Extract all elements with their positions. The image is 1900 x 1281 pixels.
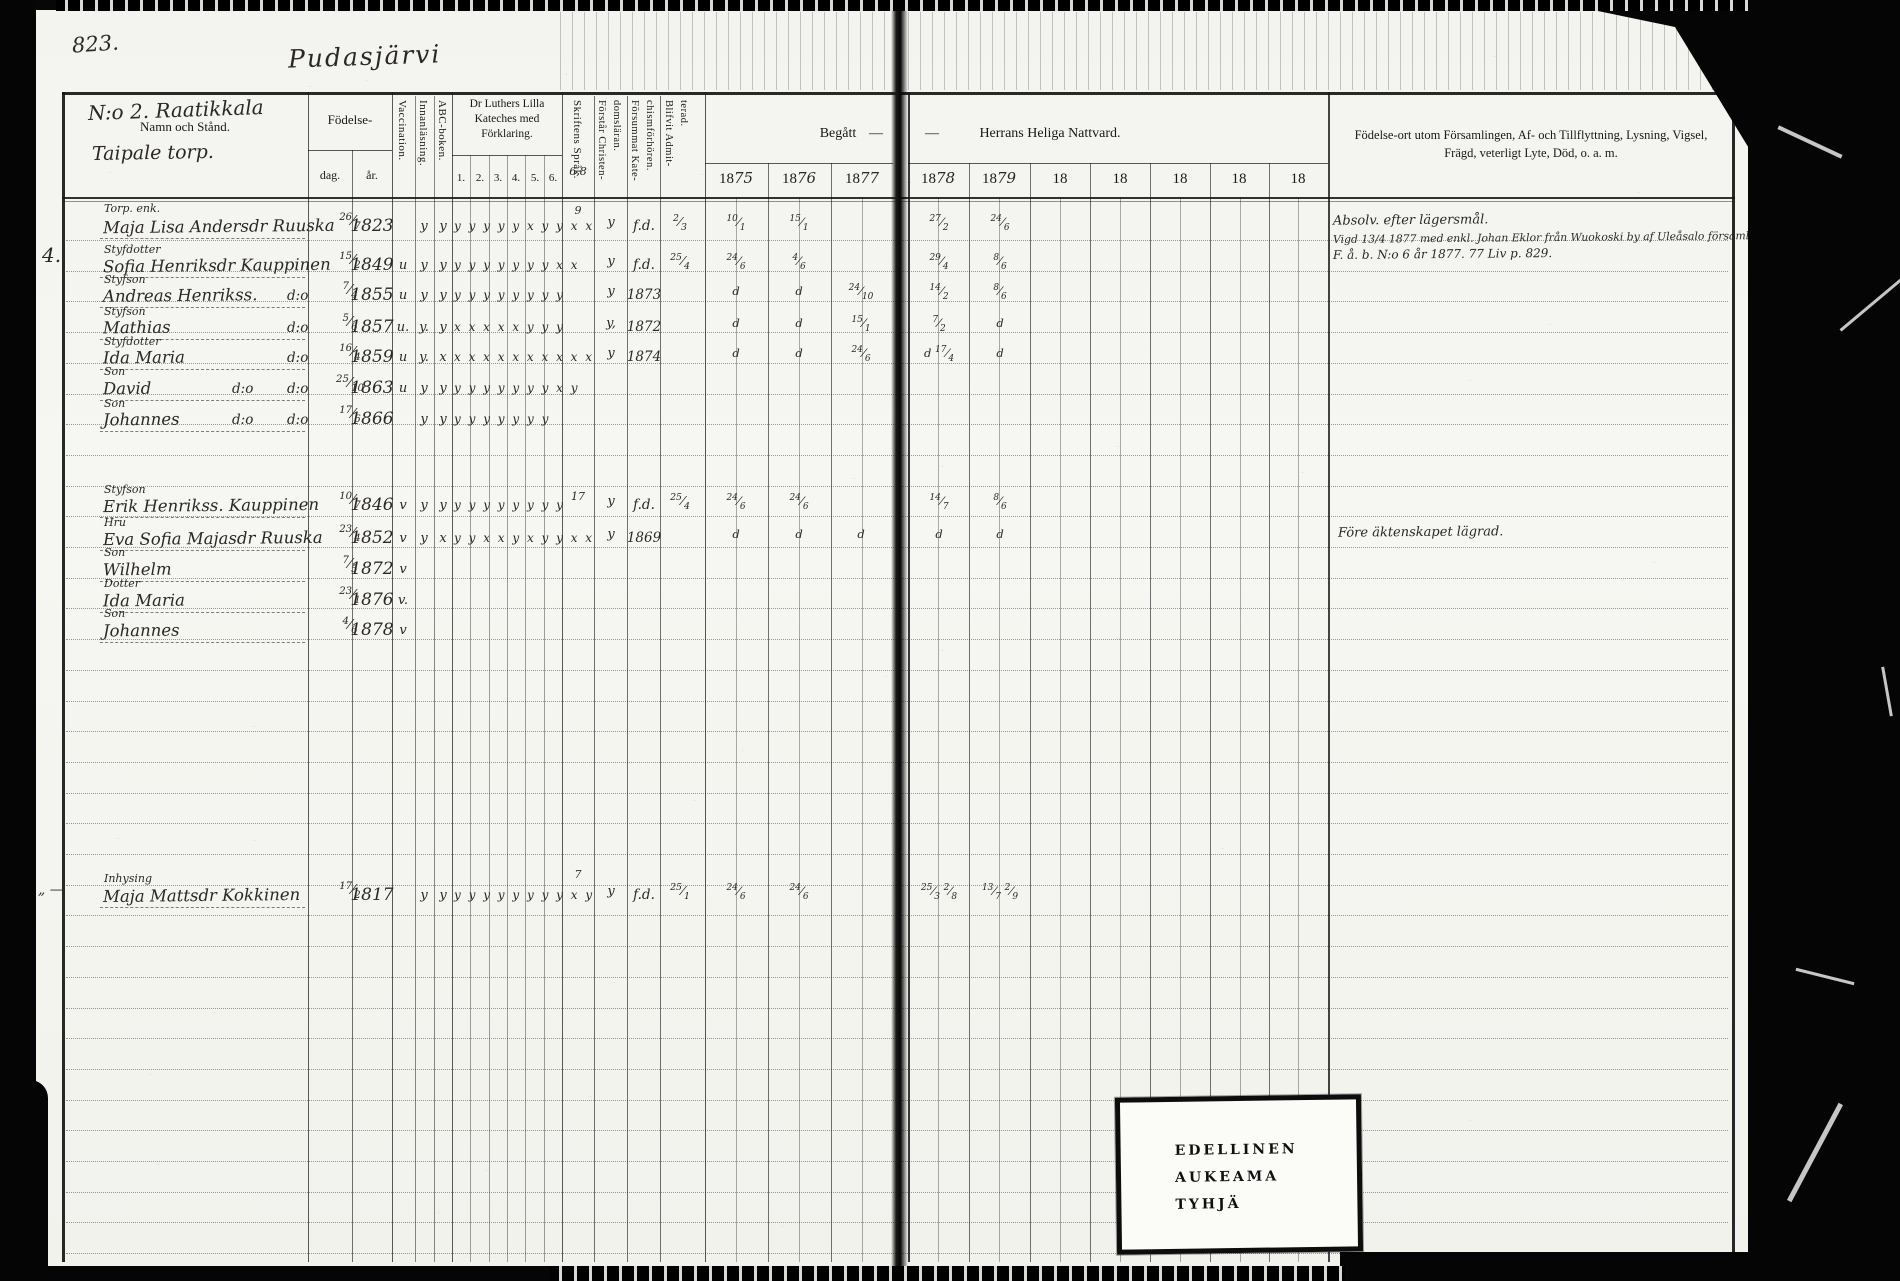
birth-year: 1863 — [350, 378, 394, 398]
abc-mark: y — [434, 288, 452, 303]
row-underline — [100, 642, 305, 643]
paper-speck — [1550, 324, 1551, 325]
reading-mark: y — [415, 381, 433, 396]
paper-speck — [366, 80, 367, 81]
row-ditto: d:o — [232, 412, 253, 428]
film-ticks-top — [56, 0, 1748, 11]
year-printed: 18 — [845, 171, 860, 187]
vaccination-mark: u — [393, 288, 413, 303]
ditto-mark: d — [732, 346, 739, 360]
row-name: Erik Henrikss. Kauppinen — [103, 495, 319, 516]
paper-speck — [438, 1212, 439, 1213]
row-underline — [100, 550, 305, 551]
birth-year: 1855 — [350, 285, 394, 305]
row-underline — [100, 400, 305, 401]
communion-date: 24⁄6 — [706, 884, 766, 898]
admitted-mark: 1872 — [626, 319, 662, 335]
communion-date: 8⁄6 — [970, 284, 1030, 298]
communion-date: 24⁄6 — [706, 254, 766, 268]
year-handwritten: 75 — [734, 169, 753, 187]
understands-mark: y — [598, 215, 624, 230]
row-ditto: d:o — [287, 381, 308, 397]
birth-year: 1849 — [350, 255, 394, 275]
birth-year: 1846 — [350, 495, 394, 515]
paper-speck — [1470, 1120, 1471, 1121]
column-header-vertical: domsläran. — [611, 100, 622, 196]
row-name: Eva Sofia Majasdr Ruuska — [103, 528, 323, 549]
fraction: 2⁄8 — [944, 884, 957, 898]
communion-date: d — [706, 527, 766, 541]
year-cell: 1878 — [908, 169, 968, 188]
fraction: 4⁄6 — [792, 254, 805, 268]
catechism-marks: y y y y y y y y — [454, 288, 569, 302]
paper-speck — [910, 182, 911, 183]
archive-stamp: EDELLINENAUKEAMATYHJÄ — [1115, 1094, 1363, 1254]
year-cell: 1875 — [706, 169, 766, 188]
paper-speck — [942, 650, 943, 651]
scanned-ledger-page: 823. Pudasjärvi N:o 2. Raatikkala Namn o… — [0, 0, 1900, 1281]
communion-date: 8⁄6 — [970, 494, 1030, 508]
understands-mark: y — [598, 494, 624, 509]
column-header-vertical: chismförhören. — [644, 100, 655, 196]
reading-mark: y. — [415, 320, 433, 335]
communion-date: 29⁄4 — [909, 254, 969, 268]
row-ditto: d:o — [287, 320, 308, 336]
catechism-marks: x x x x x y y y — [454, 320, 569, 334]
margin-mark-bottom: „ — — [38, 882, 64, 898]
grid-line-vertical — [1732, 92, 1735, 1262]
row-ditto: d:o — [232, 381, 253, 397]
communion-date: d — [970, 346, 1030, 360]
paper-speck — [1222, 848, 1223, 849]
ditto-mark: d — [924, 346, 935, 360]
grid-line-horizontal — [705, 163, 893, 164]
row-name: Maja Mattsdr Kokkinen — [103, 885, 300, 906]
fraction: 14⁄7 — [929, 494, 948, 508]
row-relation: Son — [104, 607, 125, 620]
grid-line-vertical — [1328, 92, 1330, 1262]
side-note-line: Vigd 13/4 1877 med enkl. Johan Eklor frå… — [1333, 229, 1767, 246]
abc-mark: y — [434, 888, 452, 903]
paper-speck — [118, 838, 119, 839]
paper-speck — [1654, 562, 1655, 563]
year-printed: 18 — [719, 171, 734, 187]
column-header-vertical: Blifvit Admit- — [663, 100, 674, 196]
row-relation: Dotter — [104, 577, 140, 590]
ditto-mark: d — [935, 527, 942, 541]
paper-speck — [886, 676, 887, 677]
column-header-vertical: Vaccination. — [396, 100, 408, 196]
fraction: 24⁄6 — [789, 884, 808, 898]
year-cell: 18 — [1150, 169, 1210, 188]
grid-line-vertical — [452, 92, 453, 1262]
year-printed: 18 — [1232, 171, 1247, 187]
paper-speck — [303, 326, 304, 327]
catechism-subcolumn-number: 1. — [451, 172, 471, 184]
vaccination-mark: u — [393, 381, 413, 396]
row-relation: Son — [104, 365, 125, 378]
vaccination-mark: u. — [393, 320, 413, 335]
reading-mark: y — [415, 498, 433, 513]
year-handwritten: 77 — [860, 169, 879, 187]
paper-speck — [702, 174, 703, 175]
paper-speck — [110, 172, 111, 173]
scan-edge-bottom-right — [1340, 1252, 1750, 1281]
understands-mark: y, — [598, 316, 624, 331]
year-printed: 18 — [1291, 171, 1306, 187]
communion-date: 4⁄6 — [769, 254, 829, 268]
communion-date: 24⁄6 — [831, 346, 891, 360]
column-header-vertical: Försummat Kate- — [629, 100, 640, 196]
reading-mark: y — [415, 888, 433, 903]
paper-speck — [214, 1012, 215, 1013]
abc-mark: y — [434, 498, 452, 513]
archive-stamp-line: TYHJÄ — [1175, 1189, 1357, 1219]
row-relation: Hru — [104, 516, 126, 529]
birth-year: 1852 — [350, 528, 394, 548]
understands-mark: y — [598, 284, 624, 299]
paper-speck — [1470, 380, 1471, 381]
archive-stamp-text: EDELLINENAUKEAMATYHJÄ — [1120, 1099, 1358, 1219]
column-header-vertical: Skriftens Språk. — [571, 100, 583, 196]
year-printed: 18 — [982, 171, 997, 187]
fraction: 25⁄4 — [670, 254, 690, 268]
fraction: 8⁄6 — [993, 494, 1006, 508]
understands-mark: y — [598, 884, 624, 899]
birth-year: 1866 — [350, 409, 394, 429]
catechism-marks: y y y y y y y x y — [454, 381, 569, 395]
ditto-mark: d — [732, 284, 739, 298]
ledger-body: Vaccination.Innanläsning.ABC-boken.Skrif… — [0, 0, 1900, 1281]
paper-speck — [742, 750, 743, 751]
paper-speck — [854, 478, 855, 479]
communion-date: 15⁄1 — [769, 215, 829, 229]
admitted-date: 25⁄4 — [650, 494, 710, 508]
admitted-mark: 1869 — [626, 530, 662, 546]
paper-speck — [350, 250, 351, 251]
row-relation: Styfdotter — [104, 243, 161, 256]
row-underline — [100, 517, 305, 518]
book-fold — [891, 8, 908, 1266]
communion-date: d — [769, 527, 829, 541]
abc-mark: y — [434, 320, 452, 335]
row-underline — [100, 612, 305, 613]
reading-mark: y — [415, 531, 433, 546]
catechism-marks: x x x x x x x x x x — [454, 350, 569, 364]
reading-mark: y — [415, 258, 433, 273]
row-name: Maja Lisa Andersdr Ruuska — [103, 216, 335, 237]
row-name: Johannes — [103, 410, 180, 430]
fraction: 27⁄2 — [929, 215, 948, 229]
reading-mark: y — [415, 219, 433, 234]
vaccination-mark: v — [393, 531, 413, 546]
year-printed: 18 — [921, 171, 936, 187]
communion-date: d — [706, 346, 766, 360]
paper-speck — [1494, 732, 1495, 733]
abc-mark: y — [434, 381, 452, 396]
paper-speck — [694, 800, 695, 801]
reading-mark: y — [415, 288, 433, 303]
vaccination-mark: v. — [393, 593, 413, 608]
abc-mark: y — [434, 258, 452, 273]
row-name: Andreas Henrikss. — [103, 285, 258, 306]
communion-date: d — [706, 316, 766, 330]
scripture-note: 6,8 — [566, 165, 590, 178]
paper-speck — [590, 1096, 591, 1097]
fraction: 2⁄3 — [673, 215, 687, 229]
catechism-header-line: Kateches med — [452, 113, 562, 125]
ditto-mark: d — [857, 527, 864, 541]
catechism-marks: y y y y y x y y x x — [454, 219, 569, 233]
fraction: 24⁄6 — [726, 884, 745, 898]
row-underline — [100, 238, 305, 239]
abc-mark: y — [434, 412, 452, 427]
row-relation: Styfson — [104, 483, 146, 496]
row-relation: Styfson — [104, 305, 146, 318]
fraction: 14⁄2 — [929, 284, 948, 298]
fraction: 2⁄9 — [1005, 884, 1018, 898]
row-name: Johannes — [103, 621, 180, 641]
fraction: 24⁄10 — [849, 284, 874, 298]
ditto-mark: d — [996, 346, 1003, 360]
birth-year: 1878 — [350, 620, 394, 640]
scan-blob-bottom-left — [0, 1080, 48, 1281]
row-relation: Styfdotter — [104, 335, 161, 348]
fraction: 25⁄3 — [921, 884, 940, 898]
row-ditto: d:o — [287, 412, 308, 428]
ditto-mark: d — [996, 316, 1003, 330]
grid-line-horizontal — [452, 155, 562, 156]
admitted-date: 25⁄4 — [650, 254, 710, 268]
fraction: 24⁄6 — [851, 346, 870, 360]
film-ticks-bottom — [550, 1266, 1345, 1281]
communion-date: 15⁄1 — [831, 316, 891, 330]
catechism-header-line: Dr Luthers Lilla — [452, 98, 562, 110]
fraction: 24⁄6 — [726, 494, 745, 508]
vaccination-mark: v — [393, 562, 413, 577]
catechism-subcolumn-number: 5. — [525, 172, 545, 184]
abc-mark: y — [434, 219, 452, 234]
communion-date: d — [769, 316, 829, 330]
fraction: 15⁄1 — [789, 215, 808, 229]
fraction: 10⁄1 — [726, 215, 745, 229]
paper-speck — [1622, 580, 1623, 581]
column-header-vertical: terad. — [678, 100, 689, 196]
fraction: 7⁄2 — [932, 316, 945, 330]
column-header-vertical: Innanläsning. — [417, 100, 429, 196]
communion-date: 24⁄6 — [706, 494, 766, 508]
ditto-mark: d — [996, 527, 1003, 541]
abc-mark: x — [434, 350, 452, 365]
catechism-subcolumn-number: 6. — [543, 172, 563, 184]
year-cell: 18 — [1030, 169, 1090, 188]
side-note-line: Före äktenskapet lägrad. — [1338, 524, 1504, 540]
paper-speck — [150, 1074, 151, 1075]
catechism-subcolumn-number: 3. — [488, 172, 508, 184]
column-header-vertical: ABC-boken. — [436, 100, 448, 196]
admitted-date: 25⁄1 — [650, 884, 710, 898]
year-cell: 1877 — [832, 169, 892, 188]
communion-date: d — [769, 284, 829, 298]
paper-speck — [1118, 446, 1119, 447]
fraction: 15⁄1 — [851, 316, 870, 330]
catechism-subcolumn-number: 4. — [506, 172, 526, 184]
paper-speck — [1426, 1100, 1427, 1101]
birth-year: 1872 — [350, 559, 394, 579]
row-relation: Styfson — [104, 273, 146, 286]
paper-speck — [606, 98, 607, 99]
catechism-marks: y y x x y x y y x x — [454, 531, 569, 545]
scan-edge-right — [1748, 0, 1900, 1281]
row-relation: Torp. enk. — [104, 202, 160, 215]
communion-date: 14⁄7 — [909, 494, 969, 508]
row-relation: Inhysing — [104, 872, 152, 885]
side-note-line: Absolv. efter lägersmål. — [1333, 212, 1489, 228]
row-ditto: d:o — [287, 288, 308, 304]
grid-line-vertical — [1090, 163, 1091, 1262]
communion-date: 7⁄2 — [909, 316, 969, 330]
communion-date: d — [769, 346, 829, 360]
birth-year: 1817 — [350, 885, 394, 905]
fraction: 25⁄1 — [670, 884, 690, 898]
understands-mark: y — [598, 346, 624, 361]
catechism-header-line: Förklaring. — [452, 128, 562, 140]
bleedthrough-lines — [560, 12, 1735, 90]
communion-date: 24⁄6 — [769, 884, 829, 898]
birth-year: 1857 — [350, 317, 394, 337]
birth-year: 1823 — [350, 216, 394, 236]
catechism-marks: y y y y y y y — [454, 412, 569, 426]
year-handwritten: 79 — [997, 169, 1016, 187]
column-header-vertical: Förstår Christen- — [596, 100, 607, 196]
grid-line-vertical — [1060, 197, 1061, 1262]
fraction: 13⁄7 — [982, 884, 1001, 898]
admitted-date: 2⁄3 — [650, 215, 710, 229]
fraction: 24⁄6 — [789, 494, 808, 508]
paper-speck — [558, 178, 559, 179]
grid-line-horizontal — [308, 150, 392, 151]
grid-line-vertical — [62, 92, 65, 1262]
ditto-mark: d — [795, 527, 802, 541]
communion-date: d 17⁄4 — [909, 346, 969, 360]
paper-speck — [942, 466, 943, 467]
row-underline — [100, 907, 305, 908]
grid-line-vertical — [1030, 163, 1031, 1262]
fraction: 17⁄4 — [935, 346, 954, 360]
scripture-note: 7 — [566, 868, 590, 881]
catechism-marks: y y y y y y y y — [454, 498, 569, 512]
ditto-mark: d — [732, 316, 739, 330]
vaccination-mark: v — [393, 498, 413, 513]
year-printed: 18 — [1173, 171, 1188, 187]
abc-mark: x — [434, 531, 452, 546]
understands-mark: y — [598, 254, 624, 269]
communion-date: d — [706, 284, 766, 298]
communion-date: d — [909, 527, 969, 541]
year-handwritten: 76 — [797, 169, 816, 187]
paper-speck — [158, 1164, 159, 1165]
communion-date: 8⁄6 — [970, 254, 1030, 268]
communion-date: 27⁄2 — [909, 215, 969, 229]
reading-mark: y — [415, 412, 433, 427]
year-printed: 18 — [1113, 171, 1128, 187]
paper-speck — [782, 1226, 783, 1227]
communion-date: d — [970, 316, 1030, 330]
paper-speck — [254, 840, 255, 841]
row-name: David — [103, 379, 151, 399]
communion-date: d — [831, 527, 891, 541]
ditto-mark: d — [795, 316, 802, 330]
paper-speck — [1150, 348, 1151, 349]
paper-speck — [1118, 638, 1119, 639]
vaccination-mark: u — [393, 350, 413, 365]
fraction: 8⁄6 — [993, 284, 1006, 298]
grid-line-horizontal — [908, 163, 1328, 164]
communion-date: 14⁄2 — [909, 284, 969, 298]
year-cell: 18 — [1209, 169, 1269, 188]
communion-date: 24⁄6 — [769, 494, 829, 508]
fraction: 24⁄6 — [990, 215, 1009, 229]
birth-year: 1876 — [350, 590, 394, 610]
year-cell: 1876 — [769, 169, 829, 188]
paper-speck — [486, 1170, 487, 1171]
row-relation: Son — [104, 546, 125, 559]
scripture-note: 9 — [566, 204, 590, 217]
paper-speck — [1638, 192, 1639, 193]
paper-speck — [614, 982, 615, 983]
reading-mark: y. — [415, 350, 433, 365]
row-underline — [100, 431, 305, 432]
ditto-mark: d — [795, 346, 802, 360]
ditto-mark: d — [732, 527, 739, 541]
year-handwritten: 78 — [936, 169, 955, 187]
catechism-subcolumn-number: 2. — [470, 172, 490, 184]
communion-date: 24⁄10 — [831, 284, 891, 298]
catechism-marks: y y y y y y y y x y — [454, 888, 569, 902]
paper-speck — [1302, 472, 1303, 473]
year-printed: 18 — [782, 171, 797, 187]
year-cell: 1879 — [969, 169, 1029, 188]
vaccination-mark: v — [393, 623, 413, 638]
admitted-mark: 1874 — [626, 349, 662, 365]
vaccination-mark: u — [393, 258, 413, 273]
fraction: 24⁄6 — [726, 254, 745, 268]
paper-speck — [1398, 548, 1399, 549]
paper-speck — [566, 362, 567, 363]
row-underline — [100, 369, 305, 370]
communion-date: 10⁄1 — [706, 215, 766, 229]
scripture-note: 17 — [566, 490, 590, 503]
admitted-mark: 1873 — [626, 287, 662, 303]
fraction: 8⁄6 — [993, 254, 1006, 268]
ditto-mark: d — [795, 284, 802, 298]
paper-speck — [310, 86, 311, 87]
communion-date: 25⁄3 2⁄8 — [909, 884, 969, 898]
row-relation: Son — [104, 397, 125, 410]
archive-stamp-line: EDELLINEN — [1174, 1135, 1356, 1165]
year-printed: 18 — [1053, 171, 1068, 187]
year-cell: 18 — [1090, 169, 1150, 188]
row-ditto: d:o — [287, 350, 308, 366]
margin-mark-left: 4. — [42, 243, 61, 267]
communion-date: 13⁄7 2⁄9 — [970, 884, 1030, 898]
communion-date: 24⁄6 — [970, 215, 1030, 229]
fraction: 29⁄4 — [929, 254, 948, 268]
side-note-line: F. å. b. N:o 6 år 1877. 77 Liv p. 829. — [1333, 246, 1552, 262]
fraction: 25⁄4 — [670, 494, 690, 508]
year-cell: 18 — [1268, 169, 1328, 188]
paper-speck — [1662, 1008, 1663, 1009]
